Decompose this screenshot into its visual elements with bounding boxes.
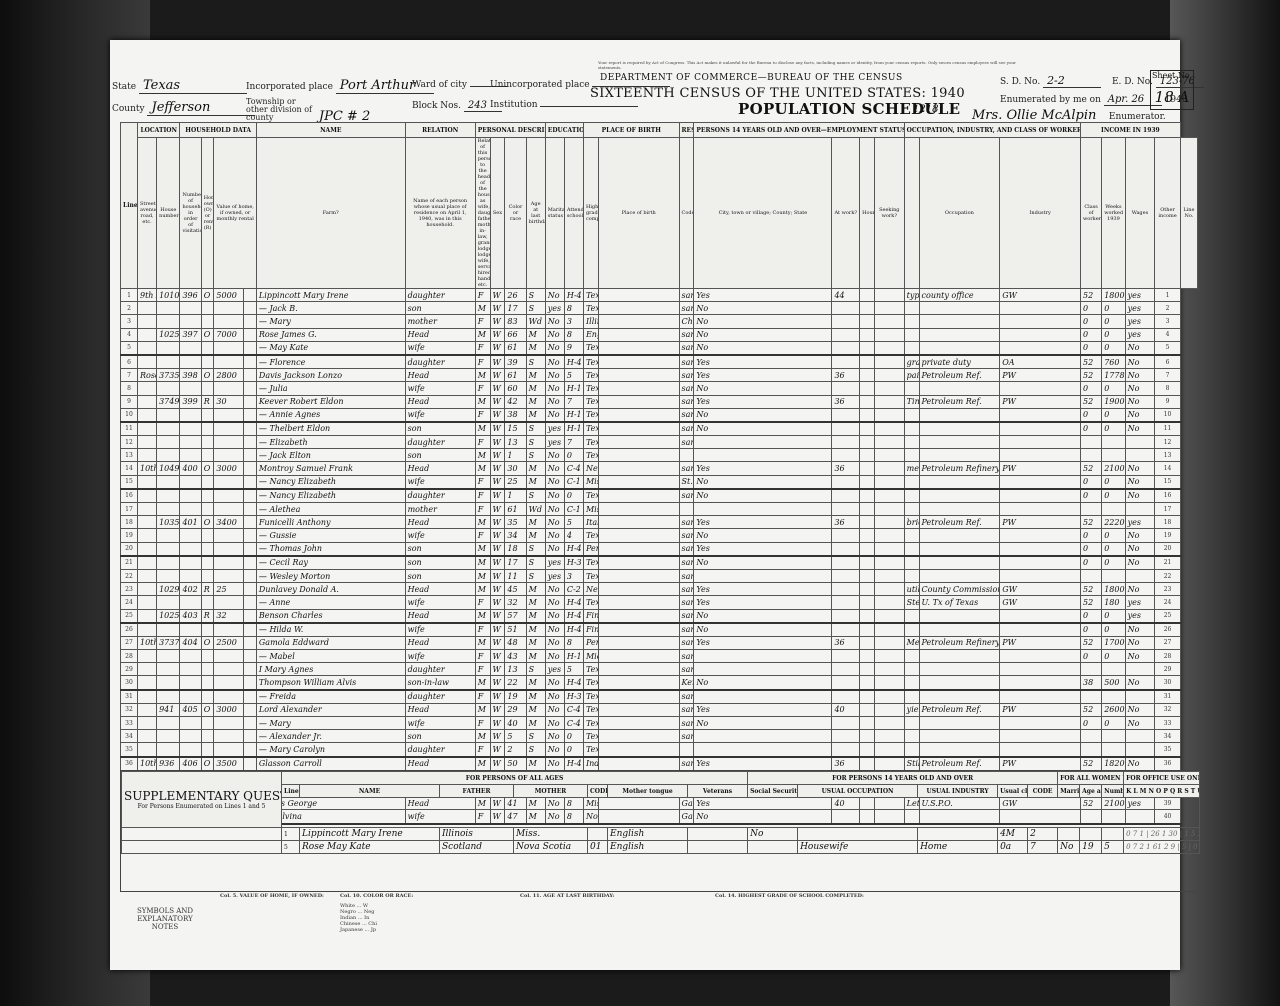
seeking-cell: [860, 449, 875, 462]
birthplace-cell: Penn.: [583, 636, 598, 649]
farm-cell: [244, 475, 257, 489]
home-value-cell: [214, 341, 244, 355]
seeking-cell: [860, 315, 875, 328]
house-number-cell: [157, 436, 180, 449]
supp-office-codes: 0 7 2 1 61 2 9 | 5 | 0 1: [1124, 841, 1200, 854]
hours-cell: [832, 583, 860, 596]
marital-cell: S: [526, 289, 545, 302]
name-cell: Davis Jackson Lonzo: [256, 369, 405, 382]
sex-cell: M: [475, 516, 490, 529]
note-col10: Col. 10. COLOR OR RACE:: [340, 893, 460, 899]
home-value-cell: 25: [214, 583, 244, 596]
wages-cell: 0: [1102, 529, 1125, 542]
street-cell: [137, 382, 156, 395]
occupation-cell: [904, 315, 919, 328]
supplementary-questions: SUPPLEMENTARY QUESTIONSFor Persons Enume…: [120, 770, 1200, 892]
sex-cell: F: [475, 743, 490, 757]
home-value-cell: [214, 355, 244, 369]
weeks-cell: 0: [1080, 542, 1101, 556]
birthplace-cell: Italy: [583, 516, 598, 529]
occupation-cell: Tinsmith: [904, 395, 919, 408]
note-col14: Col. 14. HIGHEST GRADE OF SCHOOL COMPLET…: [715, 893, 895, 899]
age-cell: 61: [505, 341, 526, 355]
class-cell: PW: [1000, 395, 1081, 408]
table-row: 34— Alexander Jr.sonMW5SNo0Texassame pla…: [121, 730, 1198, 743]
other-income-cell: No: [1125, 355, 1155, 369]
line-number-right: 14: [1155, 462, 1180, 475]
sex-cell: F: [475, 503, 490, 516]
marital-cell: M: [526, 395, 545, 408]
street-cell: [137, 556, 156, 570]
blank-cell: [874, 328, 904, 341]
house-number-cell: [157, 355, 180, 369]
blank-cell: [874, 436, 904, 449]
at-work-cell: No: [694, 489, 832, 503]
group-residence-1935: RESIDENCE, APRIL 1, 1935: [679, 123, 694, 138]
home-value-cell: [214, 623, 244, 637]
residence-cell: same house: [679, 382, 694, 395]
residence-cell: [679, 503, 694, 516]
industry-cell: Petroleum Refinery: [919, 462, 1000, 475]
line-number: 27: [121, 636, 138, 649]
line-number-right: 23: [1155, 583, 1180, 596]
table-row: 5— May KatewifeFW61MNo9Texassame houseNo…: [121, 341, 1198, 355]
marital-cell: M: [526, 636, 545, 649]
relation-cell: son: [405, 302, 475, 315]
at-work-cell: Yes: [694, 542, 832, 556]
house-number-cell: 1029: [157, 583, 180, 596]
supp-line-no: 1: [282, 828, 300, 841]
grade-cell: H-4: [564, 623, 583, 637]
relation-cell: daughter: [405, 355, 475, 369]
hours-cell: [832, 449, 860, 462]
marital-cell: M: [526, 583, 545, 596]
school-cell: No: [545, 636, 564, 649]
visitation-cell: 403: [180, 609, 201, 623]
birthplace-cell: Illinois: [583, 315, 598, 328]
blank-cell: [874, 302, 904, 315]
wages-cell: 0: [1102, 408, 1125, 422]
name-cell: Funicelli Anthony: [256, 516, 405, 529]
wages-cell: 0: [1102, 542, 1125, 556]
hours-cell: 40: [832, 703, 860, 716]
col-house-number: House number: [157, 138, 180, 289]
at-work-cell: [694, 436, 832, 449]
house-number-cell: 1025: [157, 609, 180, 623]
at-work-cell: No: [694, 408, 832, 422]
wages-cell: 1800: [1102, 289, 1125, 302]
col-at-work: At work?: [832, 138, 860, 289]
street-cell: [137, 703, 156, 716]
name-cell: — Alexander Jr.: [256, 730, 405, 743]
owned-rented-cell: R: [201, 583, 214, 596]
street-cell: [137, 596, 156, 609]
table-row: 6— FlorencedaughterFW39SNoH-4Texassame h…: [121, 355, 1198, 369]
weeks-cell: [1080, 663, 1101, 676]
house-number-cell: 3735: [157, 369, 180, 382]
sd-value: 2-2: [1043, 74, 1101, 88]
school-cell: No: [545, 623, 564, 637]
occupation-cell: [904, 609, 919, 623]
class-cell: [1000, 475, 1081, 489]
weeks-cell: 52: [1080, 355, 1101, 369]
grade-cell: C-2: [564, 583, 583, 596]
visitation-cell: 406: [180, 757, 201, 771]
hours-cell: [832, 355, 860, 369]
col-marital: Marital status: [545, 138, 564, 289]
grade-cell: C-4: [564, 717, 583, 730]
line-number-right: 35: [1155, 743, 1180, 757]
occupation-cell: [904, 302, 919, 315]
at-work-cell: No: [694, 475, 832, 489]
code-cell: [598, 542, 679, 556]
institution-value: [540, 106, 638, 107]
race-cell: W: [490, 569, 505, 582]
at-work-cell: [694, 569, 832, 582]
age-cell: 61: [505, 503, 526, 516]
other-income-cell: [1125, 663, 1155, 676]
school-cell: No: [545, 382, 564, 395]
hours-cell: [832, 542, 860, 556]
at-work-cell: No: [694, 302, 832, 315]
line-number-right: 18: [1155, 516, 1180, 529]
grade-cell: 4: [564, 529, 583, 542]
seeking-cell: [860, 475, 875, 489]
marital-cell: Wd: [526, 315, 545, 328]
line-number-right: 29: [1155, 663, 1180, 676]
code-cell: [598, 650, 679, 663]
farm-cell: [244, 757, 257, 771]
wages-cell: 2600: [1102, 703, 1125, 716]
wages-cell: 0: [1102, 609, 1125, 623]
owned-rented-cell: [201, 315, 214, 328]
grade-cell: 3: [564, 315, 583, 328]
occupation-cell: utility man: [904, 583, 919, 596]
col-race: Color or race: [505, 138, 526, 289]
residence-cell: same house: [679, 690, 694, 704]
class-cell: PW: [1000, 703, 1081, 716]
code-cell: [598, 516, 679, 529]
supp-col-mother: MOTHER: [514, 785, 588, 798]
birthplace-cell: Texas: [583, 663, 598, 676]
col-line-right: Line No.: [1180, 138, 1197, 289]
census-rows: 19th Ave1010396O5000Lippincott Mary Iren…: [121, 289, 1198, 824]
blank-cell: [874, 341, 904, 355]
supp-spacer: [282, 798, 1200, 828]
code-cell: [598, 556, 679, 570]
relation-cell: daughter: [405, 289, 475, 302]
owned-rented-cell: [201, 690, 214, 704]
wages-cell: [1102, 730, 1125, 743]
school-cell: No: [545, 369, 564, 382]
occupation-cell: [904, 422, 919, 436]
visitation-cell: 402: [180, 583, 201, 596]
visitation-cell: [180, 436, 201, 449]
other-income-cell: No: [1125, 489, 1155, 503]
table-row: 26— Hilda W.wifeFW51MNoH-4Finlandsame pl…: [121, 623, 1198, 637]
sex-cell: M: [475, 542, 490, 556]
line-number-right: 1: [1155, 289, 1180, 302]
hours-cell: [832, 315, 860, 328]
name-cell: — Gussie: [256, 529, 405, 542]
other-income-cell: yes: [1125, 328, 1155, 341]
home-value-cell: [214, 690, 244, 704]
grade-cell: H-1: [564, 382, 583, 395]
table-row: 15— Nancy ElizabethwifeFW25MNoC-1Miss.St…: [121, 475, 1198, 489]
birthplace-cell: Texas: [583, 422, 598, 436]
sex-cell: M: [475, 462, 490, 475]
hours-cell: 44: [832, 289, 860, 302]
residence-cell: same house: [679, 341, 694, 355]
other-income-cell: No: [1125, 422, 1155, 436]
code-cell: [598, 449, 679, 462]
race-cell: W: [490, 503, 505, 516]
weeks-cell: 0: [1080, 315, 1101, 328]
weeks-cell: 52: [1080, 369, 1101, 382]
school-cell: No: [545, 341, 564, 355]
class-cell: [1000, 328, 1081, 341]
supp-mother: Miss.: [514, 828, 588, 841]
table-row: 19th Ave1010396O5000Lippincott Mary Iren…: [121, 289, 1198, 302]
name-cell: — Mary: [256, 717, 405, 730]
seeking-cell: [860, 730, 875, 743]
supp-subtitle: For Persons Enumerated on Lines 1 and 5: [124, 803, 279, 810]
seeking-cell: [860, 623, 875, 637]
name-cell: — Elizabeth: [256, 436, 405, 449]
owned-rented-cell: [201, 489, 214, 503]
group-name: NAME: [256, 123, 405, 138]
code-cell: [598, 289, 679, 302]
race-cell: W: [490, 341, 505, 355]
state-value: Texas: [139, 78, 247, 94]
line-number: 12: [121, 436, 138, 449]
county-label: County: [112, 104, 145, 114]
seeking-cell: [860, 422, 875, 436]
other-income-cell: No: [1125, 676, 1155, 690]
race-cell: W: [490, 315, 505, 328]
birthplace-cell: Texas: [583, 302, 598, 315]
name-cell: — Thomas John: [256, 542, 405, 556]
table-row: 21— Cecil RaysonMW17SyesH-3Texassame hou…: [121, 556, 1198, 570]
farm-cell: [244, 382, 257, 395]
grade-cell: H-4: [564, 355, 583, 369]
race-cell: W: [490, 663, 505, 676]
grade-cell: H-1: [564, 408, 583, 422]
at-work-cell: Yes: [694, 395, 832, 408]
class-cell: [1000, 609, 1081, 623]
hours-cell: 36: [832, 462, 860, 475]
visitation-cell: [180, 315, 201, 328]
enumerator-label: Enumerator.: [1109, 112, 1166, 122]
house-number-cell: [157, 489, 180, 503]
farm-cell: [244, 730, 257, 743]
blank-cell: [874, 355, 904, 369]
age-cell: 26: [505, 289, 526, 302]
sex-cell: M: [475, 556, 490, 570]
farm-cell: [244, 315, 257, 328]
relation-cell: son: [405, 542, 475, 556]
line-number-right: 26: [1155, 623, 1180, 637]
race-cell: W: [490, 636, 505, 649]
col-code-c: Code: [679, 138, 694, 289]
marital-cell: S: [526, 489, 545, 503]
weeks-cell: [1080, 436, 1101, 449]
other-income-cell: [1125, 449, 1155, 462]
sex-cell: F: [475, 596, 490, 609]
street-cell: [137, 650, 156, 663]
street-cell: 10th St.: [137, 636, 156, 649]
col-school: Attended school: [564, 138, 583, 289]
industry-cell: [919, 542, 1000, 556]
house-number-cell: 1035: [157, 516, 180, 529]
code-cell: [598, 609, 679, 623]
owned-rented-cell: [201, 529, 214, 542]
supp-code: [588, 828, 608, 841]
line-number: 25: [121, 609, 138, 623]
residence-cell: same place: [679, 609, 694, 623]
group-personal-description: PERSONAL DESCRIPTION: [475, 123, 545, 138]
grade-cell: H-1: [564, 650, 583, 663]
supp-code2: 2: [1028, 828, 1058, 841]
street-cell: [137, 489, 156, 503]
class-cell: [1000, 315, 1081, 328]
school-cell: No: [545, 489, 564, 503]
wages-cell: [1102, 663, 1125, 676]
class-cell: [1000, 449, 1081, 462]
seeking-cell: [860, 395, 875, 408]
owned-rented-cell: [201, 382, 214, 395]
note-col11: Col. 11. AGE AT LAST BIRTHDAY:: [520, 893, 700, 899]
sex-cell: M: [475, 569, 490, 582]
sex-cell: M: [475, 636, 490, 649]
sheet-number: 18 A: [1151, 88, 1193, 106]
seeking-cell: [860, 489, 875, 503]
line-number: 7: [121, 369, 138, 382]
line-number: 18: [121, 516, 138, 529]
sex-cell: F: [475, 717, 490, 730]
relation-cell: son: [405, 569, 475, 582]
wages-cell: 500: [1102, 676, 1125, 690]
owned-rented-cell: [201, 422, 214, 436]
grade-cell: H-1: [564, 422, 583, 436]
sex-cell: M: [475, 703, 490, 716]
table-row: 28— MabelwifeFW43MNoH-1Michigansame hous…: [121, 650, 1198, 663]
race-cell: W: [490, 703, 505, 716]
name-cell: — Mabel: [256, 650, 405, 663]
marital-cell: S: [526, 743, 545, 757]
owned-rented-cell: [201, 743, 214, 757]
age-cell: 83: [505, 315, 526, 328]
weeks-cell: 52: [1080, 703, 1101, 716]
other-income-cell: No: [1125, 341, 1155, 355]
wages-cell: 2220: [1102, 516, 1125, 529]
school-cell: No: [545, 609, 564, 623]
grade-cell: 0: [564, 730, 583, 743]
industry-cell: [919, 717, 1000, 730]
hours-cell: [832, 382, 860, 395]
other-income-cell: [1125, 690, 1155, 704]
weeks-cell: 52: [1080, 636, 1101, 649]
hours-cell: [832, 569, 860, 582]
marital-cell: M: [526, 382, 545, 395]
age-cell: 30: [505, 462, 526, 475]
other-income-cell: No: [1125, 623, 1155, 637]
birthplace-cell: Texas: [583, 676, 598, 690]
supp-col-class: Usual class of worker: [998, 785, 1028, 798]
line-number-right: 24: [1155, 596, 1180, 609]
name-cell: Rose James G.: [256, 328, 405, 341]
seeking-cell: [860, 636, 875, 649]
weeks-cell: 0: [1080, 408, 1101, 422]
occupation-cell: [904, 489, 919, 503]
name-cell: — Mary Carolyn: [256, 743, 405, 757]
industry-cell: [919, 422, 1000, 436]
age-cell: 22: [505, 676, 526, 690]
blank-cell: [874, 636, 904, 649]
industry-cell: [919, 302, 1000, 315]
industry-cell: private duty: [919, 355, 1000, 369]
birthplace-cell: Michigan: [583, 650, 598, 663]
farm-cell: [244, 436, 257, 449]
grade-cell: H-4: [564, 289, 583, 302]
occupation-cell: [904, 475, 919, 489]
street-cell: [137, 743, 156, 757]
grade-cell: C-4: [564, 703, 583, 716]
wages-cell: 0: [1102, 328, 1125, 341]
relation-cell: son: [405, 556, 475, 570]
school-cell: No: [545, 289, 564, 302]
unincorporated-label: Unincorporated place: [490, 80, 590, 90]
line-number-right: 5: [1155, 341, 1180, 355]
supp-office-codes: 0 7 1 | 26 1 30 | 1 5 336 982 9 18 1 2: [1124, 828, 1200, 841]
code-cell: [598, 743, 679, 757]
birthplace-cell: Texas: [583, 289, 598, 302]
residence-cell: same house: [679, 369, 694, 382]
township-label: Township or other division of county: [246, 98, 312, 122]
line-number-right: 10: [1155, 408, 1180, 422]
line-number: 15: [121, 475, 138, 489]
line-number-right: 12: [1155, 436, 1180, 449]
home-value-cell: [214, 596, 244, 609]
code-cell: [598, 489, 679, 503]
code-cell: [598, 757, 679, 771]
supp-line-no: 5: [282, 841, 300, 854]
code-cell: [598, 382, 679, 395]
race-codes: White ... W Negro ... Neg Indian ... In …: [340, 903, 480, 933]
owned-rented-cell: O: [201, 462, 214, 475]
supp-col-code2: CODE: [1028, 785, 1058, 798]
relation-cell: Head: [405, 462, 475, 475]
seeking-cell: [860, 328, 875, 341]
weeks-cell: 52: [1080, 395, 1101, 408]
house-number-cell: [157, 569, 180, 582]
line-number-right: 27: [1155, 636, 1180, 649]
sex-cell: M: [475, 328, 490, 341]
home-value-cell: 3400: [214, 516, 244, 529]
house-number-cell: [157, 623, 180, 637]
line-number: 24: [121, 596, 138, 609]
name-cell: Lord Alexander: [256, 703, 405, 716]
line-number-right: 7: [1155, 369, 1180, 382]
birthplace-cell: Texas: [583, 369, 598, 382]
table-row: 29I Mary AgnesdaughterFW13Syes5Texassame…: [121, 663, 1198, 676]
house-number-cell: [157, 408, 180, 422]
class-cell: [1000, 302, 1081, 315]
age-cell: 15: [505, 422, 526, 436]
group-income: INCOME IN 1939: [1080, 123, 1180, 138]
home-value-cell: [214, 743, 244, 757]
school-cell: yes: [545, 422, 564, 436]
